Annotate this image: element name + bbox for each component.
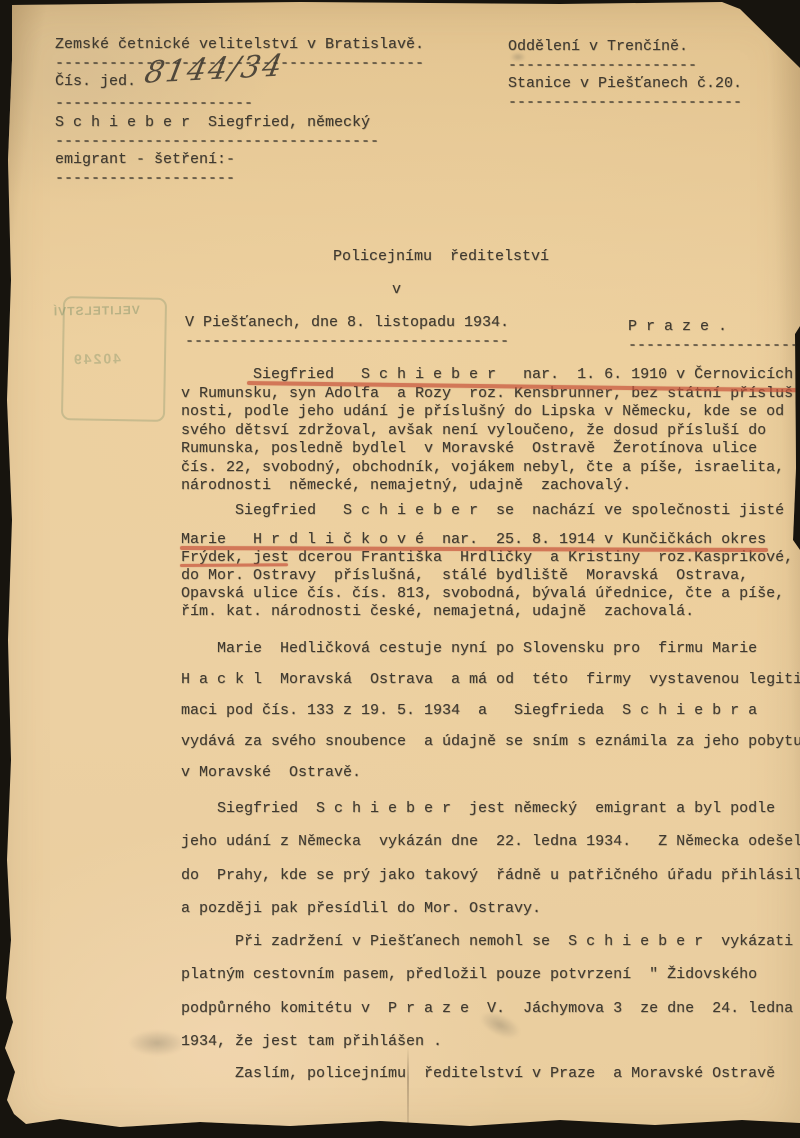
subject-matter: emigrant - šetření:- [55, 151, 235, 168]
dashed-rule: -------------------- [55, 170, 235, 187]
text-line: do Mor. Ostravy příslušná, stálé bydlišt… [181, 567, 793, 585]
dashed-rule: -------------------------- [508, 94, 742, 111]
header-right-department: Oddělení v Trenčíně. [508, 38, 688, 55]
stamp-text: VELITELSTVÍ [53, 303, 140, 319]
text-line: Opavská ulice čís. čís. 813, svobodná, b… [181, 585, 793, 603]
recipient-preposition: v [392, 281, 401, 298]
text-line: H a c k l Moravská Ostrava a má od této … [181, 664, 800, 695]
file-number-label: Čís. jed. [55, 73, 136, 90]
text-line: Marie Hedličková cestuje nyní po Slovens… [181, 633, 800, 664]
ink-smudge [510, 52, 526, 62]
paragraph-hackl-firm: Marie Hedličková cestuje nyní po Slovens… [181, 633, 800, 788]
text-line: Rumunska, posledně bydlel v Moravské Ost… [181, 440, 793, 459]
stamp-number: 40249 [72, 350, 121, 367]
dashed-rule: ------------------------------------ [185, 333, 509, 350]
dashed-rule: ------------------- [628, 337, 799, 354]
paragraph-hrdlickova-identity: Marie H r d l i č k o v é nar. 25. 8. 19… [181, 531, 793, 621]
recipient-line: Policejnímu ředitelství [333, 248, 549, 265]
paragraph-company-intro: Siegfried S c h i e b e r se nachází ve … [181, 502, 784, 521]
paragraph-emigrant-expulsion: Siegfried S c h i e b e r jest německý e… [181, 792, 800, 925]
paper-crease [407, 1046, 409, 1124]
text-line: Siegfried S c h i e b e r se nachází ve … [181, 502, 784, 521]
dashed-rule: ---------------------- [55, 95, 253, 112]
text-line: v Moravské Ostravě. [181, 757, 800, 788]
text-line: maci pod čís. 133 z 19. 5. 1934 a Siegfr… [181, 695, 800, 726]
text-line: vydává za svého snoubence a údajně se sn… [181, 726, 800, 757]
handwritten-file-number: 8144/34 [142, 48, 287, 91]
dashed-rule: ------------------------------------ [55, 133, 379, 150]
text-line: čís. 22, svobodný, obchodník, vojákem ne… [181, 459, 793, 478]
text-line: svého dětsví zdržoval, avšak není vylouč… [181, 422, 793, 441]
dashed-rule: --------------------- [508, 57, 697, 74]
text-line: národnosti německé, nemajetný, udajně za… [181, 477, 793, 496]
ink-smudge [128, 1030, 186, 1056]
text-line: a později pak přesídlil do Mor. Ostravy. [181, 892, 800, 925]
place-date-line: V Piešťanech, dne 8. listopadu 1934. [185, 314, 509, 331]
text-line: Zaslím, policejnímu ředitelství v Praze … [181, 1057, 775, 1090]
paragraph-detention-passport: Při zadržení v Piešťanech nemohl se S c … [181, 925, 793, 1058]
text-line: do Prahy, kde se prý jako takový řádně u… [181, 859, 800, 892]
text-line: Siegfried S c h i e b e r jest německý e… [181, 792, 800, 825]
subject-name: S c h i e b e r Siegfried, německý [55, 114, 370, 131]
paper-sheet: VELITELSTVÍ 40249 Zemské četnické velite… [0, 0, 800, 1138]
text-line: nosti, podle jeho udání je příslušný do … [181, 403, 793, 422]
text-line: platným cestovním pasem, předložil pouze… [181, 958, 793, 991]
header-right-station: Stanice v Piešťanech č.20. [508, 75, 742, 92]
recipient-city: P r a z e . [628, 318, 727, 335]
text-line: Při zadržení v Piešťanech nemohl se S c … [181, 925, 793, 958]
bleed-through-stamp: VELITELSTVÍ 40249 [61, 296, 167, 422]
text-line: řím. kat. národnosti české, nemajetná, u… [181, 603, 793, 621]
paragraph-closing: Zaslím, policejnímu ředitelství v Praze … [181, 1057, 775, 1090]
text-line: jeho udání z Německa vykázán dne 22. led… [181, 825, 800, 858]
